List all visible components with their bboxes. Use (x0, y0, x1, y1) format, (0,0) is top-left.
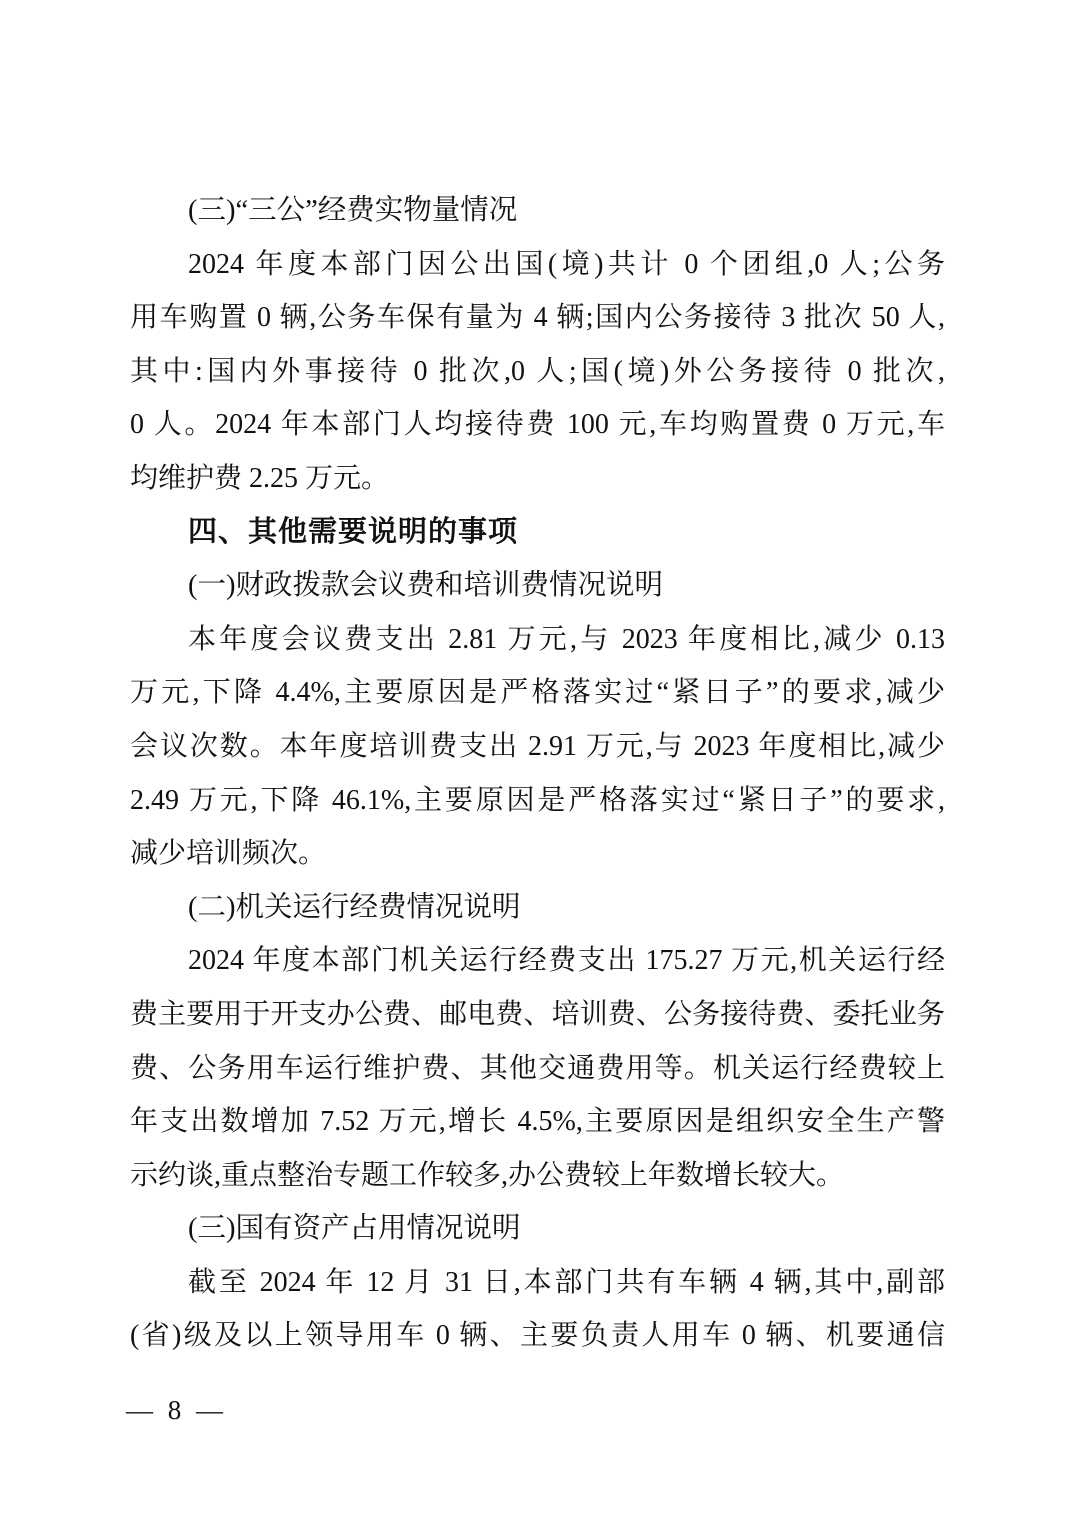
body-line: 年支出数增加 7.52 万元,增长 4.5%,主要原因是组织安全生产警 (130, 1095, 945, 1149)
body-line: 万元,下降 4.4%,主要原因是严格落实过“紧日子”的要求,减少 (130, 666, 945, 720)
body-line: 2024 年度本部门因公出国(境)共计 0 个团组,0 人;公务 (130, 238, 945, 292)
subsection-heading-1-meeting-training-fees: (一)财政拨款会议费和培训费情况说明 (130, 559, 945, 613)
body-line: 减少培训频次。 (130, 827, 945, 881)
body-line: 示约谈,重点整治专题工作较多,办公费较上年数增长较大。 (130, 1149, 945, 1203)
subsection-heading-2-agency-operating-costs: (二)机关运行经费情况说明 (130, 881, 945, 935)
body-line: 本年度会议费支出 2.81 万元,与 2023 年度相比,减少 0.13 (130, 613, 945, 667)
body-line: 费主要用于开支办公费、邮电费、培训费、公务接待费、委托业务 (130, 988, 945, 1042)
body-line: 0 人。2024 年本部门人均接待费 100 元,车均购置费 0 万元,车 (130, 398, 945, 452)
body-line: 会议次数。本年度培训费支出 2.91 万元,与 2023 年度相比,减少 (130, 720, 945, 774)
body-line: (省)级及以上领导用车 0 辆、主要负责人用车 0 辆、机要通信 (130, 1309, 945, 1363)
subsection-heading-3-state-assets: (三)国有资产占用情况说明 (130, 1202, 945, 1256)
page-number: — 8 — (126, 1390, 227, 1430)
body-line: 2.49 万元,下降 46.1%,主要原因是严格落实过“紧日子”的要求, (130, 774, 945, 828)
document-page: (三)“三公”经费实物量情况 2024 年度本部门因公出国(境)共计 0 个团组… (0, 0, 1075, 1520)
body-line: 用车购置 0 辆,公务车保有量为 4 辆;国内公务接待 3 批次 50 人, (130, 291, 945, 345)
body-line: 截至 2024 年 12 月 31 日,本部门共有车辆 4 辆,其中,副部 (130, 1256, 945, 1310)
body-line: 其中:国内外事接待 0 批次,0 人;国(境)外公务接待 0 批次, (130, 345, 945, 399)
body-line: 均维护费 2.25 万元。 (130, 452, 945, 506)
section-heading-4-other-notes: 四、其他需要说明的事项 (130, 506, 945, 560)
body-line: 费、公务用车运行维护费、其他交通费用等。机关运行经费较上 (130, 1042, 945, 1096)
document-body: (三)“三公”经费实物量情况 2024 年度本部门因公出国(境)共计 0 个团组… (130, 184, 945, 1363)
subsection-heading-3-sangong: (三)“三公”经费实物量情况 (130, 184, 945, 238)
body-line: 2024 年度本部门机关运行经费支出 175.27 万元,机关运行经 (130, 934, 945, 988)
